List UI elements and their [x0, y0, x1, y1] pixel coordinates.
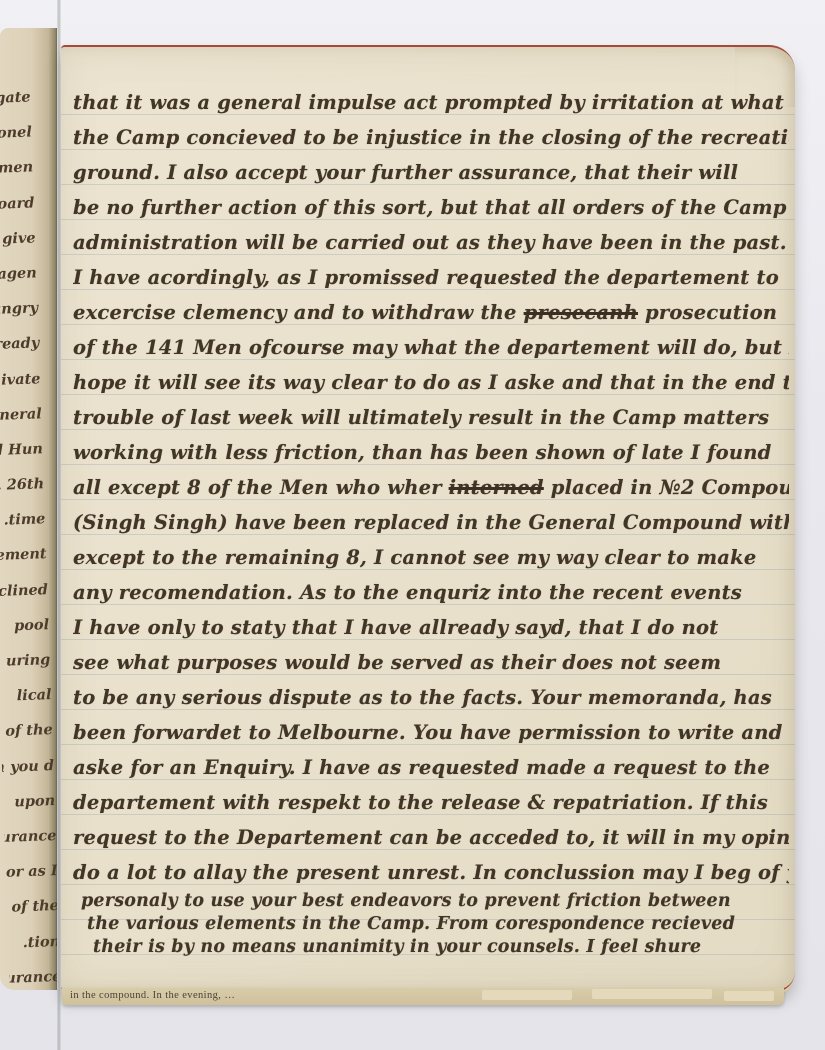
manuscript-line: I have only to staty that I have allread…: [73, 610, 789, 645]
previous-page-fragment: urance: [9, 958, 57, 990]
previous-page-fragment: declined: [0, 572, 54, 609]
manuscript-line: of the 141 Men ofcourse may what the dep…: [73, 330, 789, 365]
manuscript-line: be no further action of this sort, but t…: [73, 190, 789, 225]
previous-page-fragments: delegatethe Colonelbe men-the boardld gi…: [0, 79, 57, 990]
manuscript-line: personaly to use your best endeavors to …: [73, 890, 789, 913]
previous-page-fragment: the Colonel: [0, 114, 38, 151]
manuscript-line: their is by no means unanimity in your c…: [73, 936, 789, 959]
torn-paper-patch: [724, 991, 774, 1001]
manuscript-line: the various elements in the Camp. From c…: [73, 913, 789, 936]
previous-page-fragment: tement: [0, 536, 53, 573]
previous-page-fragment: lready: [0, 325, 46, 362]
struck-out-word: interned: [449, 476, 544, 499]
manuscript-line: hope it will see its way clear to do as …: [73, 365, 789, 400]
previous-page-fragment: the board: [0, 185, 41, 222]
previous-page-fragment: ro d Hun-: [0, 431, 50, 468]
manuscript-line: see what purposes would be served as the…: [73, 645, 789, 680]
previous-page-fragment: ith you d: [1, 747, 57, 784]
manuscript-line: all except 8 of the Men who wher interne…: [73, 470, 789, 505]
previous-page-fragment: tion.: [8, 923, 57, 960]
previous-page-fragment: e or as I: [5, 853, 57, 890]
manuscript-line: except to the remaining 8, I cannot see …: [73, 540, 789, 575]
previous-page-fragment: you of the: [0, 712, 57, 749]
manuscript-lines: that it was a general impulse act prompt…: [73, 85, 789, 986]
previous-page-fragment: time.: [0, 501, 52, 538]
previous-page-fragment: hagen: [0, 255, 43, 292]
manuscript-line: to be any serious dispute as to the fact…: [73, 680, 789, 715]
previous-page-fragment: lical: [0, 677, 57, 714]
manuscript-line: trouble of last week will ultimately res…: [73, 400, 789, 435]
manuscript-line: I have acordingly, as I promissed reques…: [73, 260, 789, 295]
struck-out-word: presecanh: [524, 301, 638, 324]
previous-page-fragment: urance: [4, 818, 57, 855]
torn-paper-patch: [592, 989, 712, 999]
manuscript-line: been forwardet to Melbourne. You have pe…: [73, 715, 789, 750]
previous-page-fragment: ld give: [0, 220, 42, 257]
manuscript-line: aske for an Enquiry. I have as requested…: [73, 750, 789, 785]
manuscript-line: any recomendation. As to the enquriz int…: [73, 575, 789, 610]
newsprint-sliver: in the compound. In the evening, …: [62, 988, 784, 1005]
manuscript-line: working with less friction, than has bee…: [73, 435, 789, 470]
previous-page-fragment: pool: [0, 607, 56, 644]
manuscript-line: the Camp concieved to be injustice in th…: [73, 120, 789, 155]
previous-page-fragment: hungry: [0, 290, 45, 327]
manuscript-page: that it was a general impulse act prompt…: [61, 45, 795, 992]
manuscript-line: request to the Departement can be accede…: [73, 820, 789, 855]
previous-page-fragment: be men-: [0, 150, 40, 187]
previous-page-edge: delegatethe Colonelbe men-the boardld gi…: [0, 28, 57, 990]
previous-page-fragment: ce of the: [6, 888, 57, 925]
previous-page-fragment: uring: [0, 642, 57, 679]
manuscript-line: (Singh Singh) have been replaced in the …: [73, 505, 789, 540]
manuscript-line: do a lot to allay the present unrest. In…: [73, 855, 789, 890]
manuscript-line: excercise clemency and to withdraw the p…: [73, 295, 789, 330]
previous-page-fragment: Febr. 26th: [0, 466, 51, 503]
previous-page-fragment: general: [0, 396, 48, 433]
manuscript-line: departement with respekt to the release …: [73, 785, 789, 820]
manuscript-line: administration will be carried out as th…: [73, 225, 789, 260]
scanned-notebook-page: delegatethe Colonelbe men-the boardld gi…: [0, 0, 825, 1050]
manuscript-line: ground. I also accept your further assur…: [73, 155, 789, 190]
previous-page-fragment: upon: [3, 783, 57, 820]
previous-page-fragment: delegate: [0, 79, 37, 116]
torn-paper-patch: [482, 990, 572, 1000]
manuscript-line: that it was a general impulse act prompt…: [73, 85, 789, 120]
previous-page-fragment: ivate: [0, 361, 47, 398]
